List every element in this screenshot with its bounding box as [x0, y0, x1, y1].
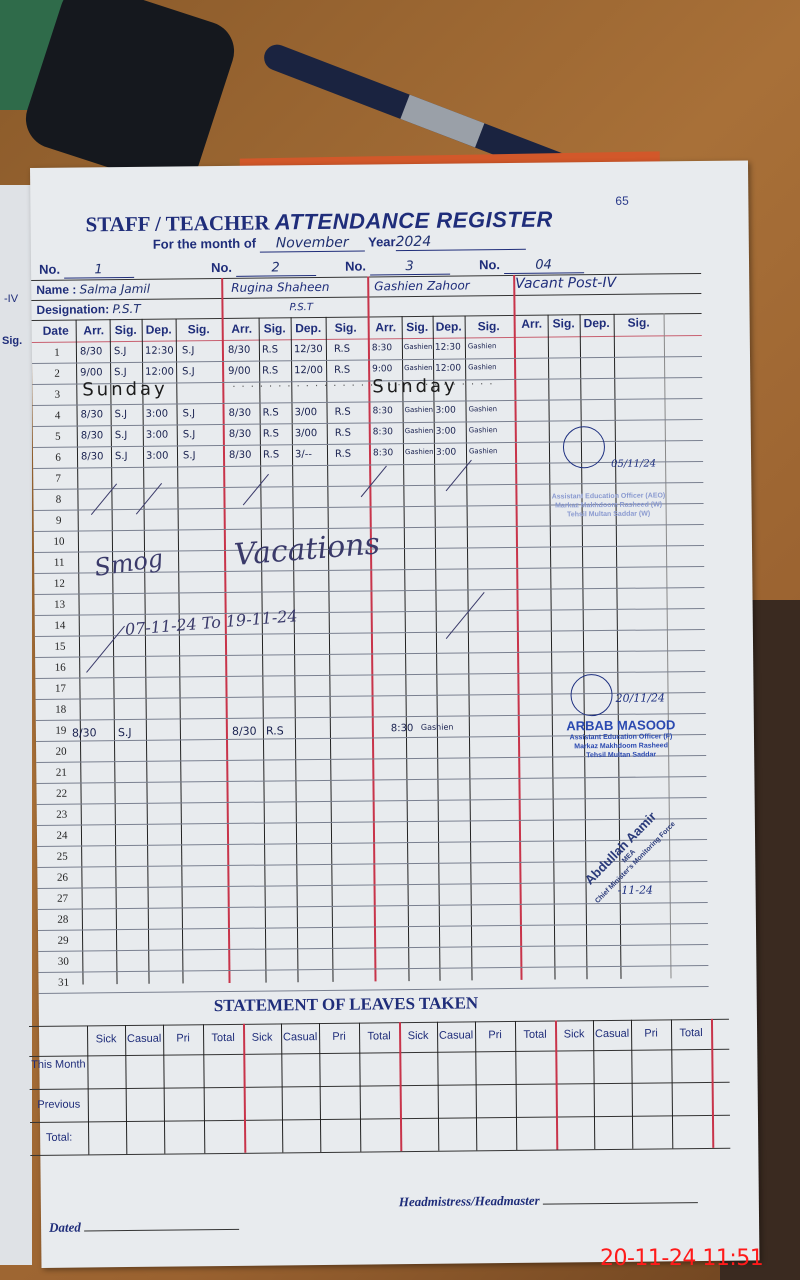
leaves-cell[interactable] — [515, 1051, 555, 1084]
sig-header-1: Sig. — [110, 323, 142, 337]
headmaster-signature-label: Headmistress/Headmaster — [399, 1191, 698, 1210]
smog-annotation: Smog — [92, 544, 164, 582]
leaves-table: SickCasualPriTotalSickCasualPriTotalSick… — [29, 1019, 730, 1156]
date-cell: 28 — [48, 914, 78, 926]
leaves-cell[interactable] — [360, 1085, 400, 1118]
entry-d20-s2-sig[interactable]: R.S — [266, 724, 284, 737]
staff-no-4: No. 04 — [479, 256, 584, 274]
entry-d2-s2-dep[interactable]: 12/00 — [294, 365, 323, 376]
designation-label: Designation: P.S.T — [36, 302, 140, 317]
leaves-cell[interactable] — [437, 1051, 475, 1084]
leaves-cell[interactable] — [164, 1087, 204, 1120]
date-cell: 31 — [48, 977, 78, 989]
leaves-header-pri: Pri — [475, 1029, 515, 1041]
entry-d1-s3-sig2[interactable]: Gashien — [468, 342, 497, 350]
leaves-section-title: STATEMENT OF LEAVES TAKEN — [214, 993, 479, 1016]
sig-header-3b: Sig. — [465, 319, 513, 334]
leaves-line — [29, 1019, 729, 1027]
month-value[interactable]: November — [260, 234, 365, 252]
leaves-cell[interactable] — [593, 1050, 631, 1083]
dated-label: Dated — [49, 1218, 239, 1236]
year-value[interactable]: 2024 — [395, 233, 525, 251]
leaves-cell[interactable] — [88, 1088, 126, 1121]
dep-header-1: Dep. — [142, 322, 176, 336]
vacations-annotation: Vacations — [233, 526, 381, 573]
entry-d5-s3-arr[interactable]: 8:30 — [373, 427, 393, 437]
sunday-dots-2: ····························· — [232, 379, 498, 393]
entry-d2-s3-dep[interactable]: 12:00 — [435, 363, 461, 373]
leaves-cell[interactable] — [320, 1086, 360, 1119]
entry-d4-s1-dep[interactable]: 3:00 — [146, 409, 169, 420]
entry-d1-s1-dep[interactable]: 12:30 — [145, 346, 174, 357]
leaves-cell[interactable] — [243, 1053, 281, 1086]
entry-d1-s2-sig2[interactable]: R.S — [334, 344, 350, 355]
leaves-cell[interactable] — [126, 1088, 164, 1121]
leaves-cell[interactable] — [631, 1049, 671, 1082]
date-cell: 17 — [45, 683, 75, 695]
staff-4-name: Vacant Post-IV — [515, 275, 616, 292]
staff-no-1: No. 1 — [39, 261, 134, 279]
date-cell: 12 — [44, 578, 74, 590]
date-cell: 16 — [45, 662, 75, 674]
leaves-row-label: Total: — [30, 1131, 88, 1144]
leaves-cell[interactable] — [87, 1055, 125, 1088]
leaves-cell[interactable] — [360, 1118, 400, 1151]
entry-d6-s2-arr[interactable]: 8/30 — [229, 450, 252, 461]
attendance-register-page: 65 STAFF / TEACHER ATTENDANCE REGISTER F… — [30, 160, 759, 1267]
leaves-cell[interactable] — [671, 1049, 711, 1082]
entry-d4-s2-arr[interactable]: 8/30 — [229, 408, 252, 419]
year-label: Year — [368, 234, 396, 249]
entry-d2-s2-sig[interactable]: R.S — [262, 365, 278, 376]
entry-d5-s2-dep[interactable]: 3/00 — [295, 428, 318, 439]
date-cell: 6 — [43, 452, 73, 464]
entry-d20-s3-arr[interactable]: 8:30 — [391, 723, 414, 734]
leaves-cell[interactable] — [400, 1085, 438, 1118]
sunday-label-1: Sunday — [82, 379, 168, 401]
date-cell: 25 — [47, 851, 77, 863]
date-cell: 18 — [46, 704, 76, 716]
entry-d20-s1-arr[interactable]: 8/30 — [72, 726, 97, 739]
entry-d2-s1-sig2[interactable]: S.J — [182, 366, 195, 377]
arr-header-4: Arr. — [516, 317, 548, 331]
leaves-cell[interactable] — [281, 1053, 319, 1086]
entry-d2-s1-dep[interactable]: 12:00 — [145, 367, 174, 378]
left-page-note: -IV — [4, 293, 18, 305]
entry-d5-s1-sig[interactable]: S.J — [115, 430, 128, 441]
entry-d4-s3-sig[interactable]: Gashien — [405, 406, 434, 414]
leaves-header-total: Total — [203, 1032, 243, 1044]
leaves-header-sick: Sick — [243, 1031, 281, 1043]
entry-d1-s3-arr[interactable]: 8:30 — [372, 343, 392, 353]
leaves-cell[interactable] — [244, 1119, 282, 1152]
entry-d2-s2-arr[interactable]: 9/00 — [228, 366, 251, 377]
leaves-cell[interactable] — [319, 1053, 359, 1086]
date-cell: 30 — [48, 956, 78, 968]
faded-aeo-stamp: Assistant Education Officer (AEO) Markaz… — [548, 491, 668, 519]
entry-d2-s1-arr[interactable]: 9/00 — [80, 367, 103, 378]
date-cell: 3 — [42, 389, 72, 401]
leaves-row-label: Previous — [30, 1098, 88, 1111]
dep-header-3: Dep. — [433, 319, 465, 333]
entry-d20-s2-arr[interactable]: 8/30 — [232, 725, 257, 738]
signature-mark-1 — [563, 426, 605, 468]
leaves-header-total: Total — [671, 1027, 711, 1039]
entry-d5-s2-sig[interactable]: R.S — [263, 428, 279, 439]
leaves-header-pri: Pri — [319, 1031, 359, 1043]
entry-d4-s1-arr[interactable]: 8/30 — [81, 409, 104, 420]
leaves-cell[interactable] — [476, 1084, 516, 1117]
leaves-cell[interactable] — [475, 1051, 515, 1084]
entry-d1-s2-dep[interactable]: 12/30 — [294, 344, 323, 355]
leaves-cell[interactable] — [516, 1117, 556, 1150]
arr-header-2: Arr. — [225, 322, 259, 336]
leaves-cell[interactable] — [555, 1050, 593, 1083]
leaves-cell[interactable] — [632, 1115, 672, 1148]
leaves-header-pri: Pri — [631, 1027, 671, 1039]
staff-no-2: No. 2 — [211, 259, 316, 277]
entry-d6-s3-dep[interactable]: 3:00 — [436, 448, 456, 458]
leaves-cell[interactable] — [164, 1120, 204, 1153]
entry-d2-s2-sig2[interactable]: R.S — [334, 365, 350, 376]
signature-mark-2 — [570, 674, 612, 716]
entry-d4-s3-arr[interactable]: 8:30 — [373, 406, 393, 416]
entry-d4-s3-dep[interactable]: 3:00 — [436, 406, 456, 416]
date-cell: 15 — [45, 641, 75, 653]
entry-d6-s1-arr[interactable]: 8/30 — [81, 451, 104, 462]
date-cell: 21 — [46, 767, 76, 779]
left-page-edge: -IV Sig. — [0, 185, 32, 1265]
leaves-cell[interactable] — [88, 1121, 126, 1154]
entry-d2-s3-sig[interactable]: Gashien — [404, 364, 433, 372]
signature-3-date: -11-24 — [618, 884, 654, 897]
leaves-header-casual: Casual — [437, 1029, 475, 1041]
staff-3-name: Gashien Zahoor — [374, 278, 470, 293]
leaves-header-casual: Casual — [281, 1031, 319, 1043]
leaves-cell[interactable] — [204, 1120, 244, 1153]
leaves-cell[interactable] — [476, 1117, 516, 1150]
month-line: For the month of November Year2024 — [153, 233, 526, 254]
leaves-cell[interactable] — [438, 1117, 476, 1150]
entry-d1-s1-sig2[interactable]: S.J — [182, 345, 195, 356]
leaves-cell[interactable] — [672, 1082, 712, 1115]
sig-header-4: Sig. — [548, 316, 580, 330]
entry-d5-s3-dep[interactable]: 3:00 — [436, 427, 456, 437]
leaves-cell[interactable] — [400, 1118, 438, 1151]
date-cell: 4 — [43, 410, 73, 422]
leaves-cell[interactable] — [516, 1084, 556, 1117]
staff-numbers: No. 1 No. 2 No. 3 No. 04 — [39, 256, 599, 262]
entry-d6-s1-dep[interactable]: 3:00 — [146, 451, 169, 462]
entry-d6-s3-arr[interactable]: 8:30 — [373, 448, 393, 458]
month-label: For the month of — [153, 236, 256, 252]
leaves-header-pri: Pri — [163, 1032, 203, 1044]
arr-header-3: Arr. — [370, 320, 402, 334]
signature-1-date: 05/11/24 — [611, 458, 656, 469]
entry-d2-s3-arr[interactable]: 9:00 — [372, 364, 392, 374]
leaves-header-casual: Casual — [593, 1028, 631, 1040]
title-staff-teacher: STAFF / TEACHER — [85, 210, 269, 236]
leaves-cell[interactable] — [320, 1119, 360, 1152]
entry-d5-s3-sig[interactable]: Gashien — [405, 427, 434, 435]
sig-header-1b: Sig. — [176, 322, 222, 336]
staff-2-designation: P.S.T — [289, 302, 313, 313]
entry-d5-s2-arr[interactable]: 8/30 — [229, 429, 252, 440]
date-cell: 1 — [42, 347, 72, 359]
entry-d6-s2-sig2[interactable]: R.S — [335, 449, 351, 460]
leaves-cell[interactable] — [399, 1052, 437, 1085]
entry-d4-s2-dep[interactable]: 3/00 — [295, 407, 318, 418]
leaves-cell[interactable] — [672, 1115, 712, 1148]
date-cell: 26 — [47, 872, 77, 884]
date-cell: 27 — [48, 893, 78, 905]
date-cell: 9 — [44, 515, 74, 527]
entry-d6-s3-sig2[interactable]: Gashien — [469, 447, 498, 455]
entry-d5-s1-sig2[interactable]: S.J — [183, 429, 196, 440]
sunday-label-3: Sunday — [372, 376, 458, 398]
dep-header-4: Dep. — [580, 316, 614, 330]
entry-d1-s1-sig[interactable]: S.J — [114, 346, 127, 357]
staff-no-3: No. 3 — [345, 258, 450, 276]
name-label: Name : Salma Jamil — [36, 282, 150, 297]
date-header: Date — [37, 324, 75, 338]
entry-d4-s2-sig[interactable]: R.S — [263, 407, 279, 418]
leaves-cell[interactable] — [125, 1055, 163, 1088]
leaves-header-total: Total — [515, 1029, 555, 1041]
leaves-header-sick: Sick — [555, 1028, 593, 1040]
date-cell: 2 — [42, 368, 72, 380]
entry-d1-s3-dep[interactable]: 12:30 — [435, 342, 461, 352]
entry-d4-s1-sig[interactable]: S.J — [115, 409, 128, 420]
left-page-sig-header: Sig. — [2, 335, 22, 347]
leaves-cell[interactable] — [282, 1086, 320, 1119]
leaves-cell[interactable] — [594, 1083, 632, 1116]
leaves-cell[interactable] — [594, 1116, 632, 1149]
sig-header-2: Sig. — [259, 321, 291, 335]
title-attendance-register: ATTENDANCE REGISTER — [275, 207, 553, 235]
date-cell: 22 — [46, 788, 76, 800]
entry-d1-s2-sig[interactable]: R.S — [262, 344, 278, 355]
entry-d6-s1-sig2[interactable]: S.J — [183, 450, 196, 461]
leaves-cell[interactable] — [359, 1052, 399, 1085]
leaves-cell[interactable] — [556, 1116, 594, 1149]
leaves-header-sick: Sick — [399, 1030, 437, 1042]
arr-header-1: Arr. — [78, 323, 110, 337]
arbab-masood-stamp: ARBAB MASOOD Assistant Education Officer… — [551, 718, 691, 760]
entry-d1-s1-arr[interactable]: 8/30 — [80, 346, 103, 357]
leaves-cell[interactable] — [203, 1054, 243, 1087]
leaves-row-label: This Month — [29, 1058, 87, 1071]
date-cell: 20 — [46, 746, 76, 758]
entry-d6-s1-sig[interactable]: S.J — [115, 451, 128, 462]
date-cell: 7 — [43, 473, 73, 485]
date-cell: 29 — [48, 935, 78, 947]
leaves-header-total: Total — [359, 1030, 399, 1042]
sig-header-4b: Sig. — [614, 315, 664, 330]
signature-2-date: 20/11/24 — [616, 691, 666, 705]
sig-header-3: Sig. — [402, 320, 433, 334]
entry-d5-s1-arr[interactable]: 8/30 — [81, 430, 104, 441]
leaves-cell[interactable] — [204, 1087, 244, 1120]
leaves-cell[interactable] — [163, 1054, 203, 1087]
entry-d4-s2-sig2[interactable]: R.S — [335, 407, 351, 418]
date-cell: 8 — [43, 494, 73, 506]
entry-d6-s2-dep[interactable]: 3/-- — [295, 449, 312, 460]
dep-header-2: Dep. — [291, 321, 326, 335]
leaves-cell[interactable] — [244, 1086, 282, 1119]
entry-d4-s3-sig2[interactable]: Gashien — [469, 405, 498, 413]
entry-d2-s3-sig2[interactable]: Gashien — [468, 363, 497, 371]
entry-d6-s2-sig[interactable]: R.S — [263, 449, 279, 460]
entry-d5-s2-sig2[interactable]: R.S — [335, 428, 351, 439]
entry-d4-s1-sig2[interactable]: S.J — [183, 408, 196, 419]
entry-d20-s1-sig[interactable]: S.J — [118, 726, 132, 739]
entry-d20-s3-sig[interactable]: Gashien — [421, 723, 454, 732]
row-divider — [39, 986, 709, 994]
sig-header-2b: Sig. — [326, 320, 366, 334]
leaves-cell[interactable] — [282, 1119, 320, 1152]
date-cell: 14 — [45, 620, 75, 632]
date-cell: 23 — [47, 809, 77, 821]
leaves-header-sick: Sick — [87, 1033, 125, 1045]
date-cell: 10 — [44, 536, 74, 548]
entry-d1-s3-sig[interactable]: Gashien — [404, 343, 433, 351]
date-cell: 13 — [45, 599, 75, 611]
entry-d6-s3-sig[interactable]: Gashien — [405, 448, 434, 456]
leaves-cell[interactable] — [126, 1121, 164, 1154]
date-cell: 5 — [43, 431, 73, 443]
leaves-header-casual: Casual — [125, 1033, 163, 1045]
entry-d5-s1-dep[interactable]: 3:00 — [146, 430, 169, 441]
leaves-cell[interactable] — [438, 1084, 476, 1117]
entry-d2-s1-sig[interactable]: S.J — [114, 367, 127, 378]
leaves-cell[interactable] — [556, 1083, 594, 1116]
staff-2-name: Rugina Shaheen — [231, 280, 329, 295]
photo-timestamp: 20-11-24 11:51 — [600, 1246, 763, 1271]
page-number: 65 — [615, 194, 629, 208]
leaves-cell[interactable] — [632, 1082, 672, 1115]
date-cell: 11 — [44, 557, 74, 569]
date-cell: 24 — [47, 830, 77, 842]
entry-d1-s2-arr[interactable]: 8/30 — [228, 345, 251, 356]
entry-d5-s3-sig2[interactable]: Gashien — [469, 426, 498, 434]
